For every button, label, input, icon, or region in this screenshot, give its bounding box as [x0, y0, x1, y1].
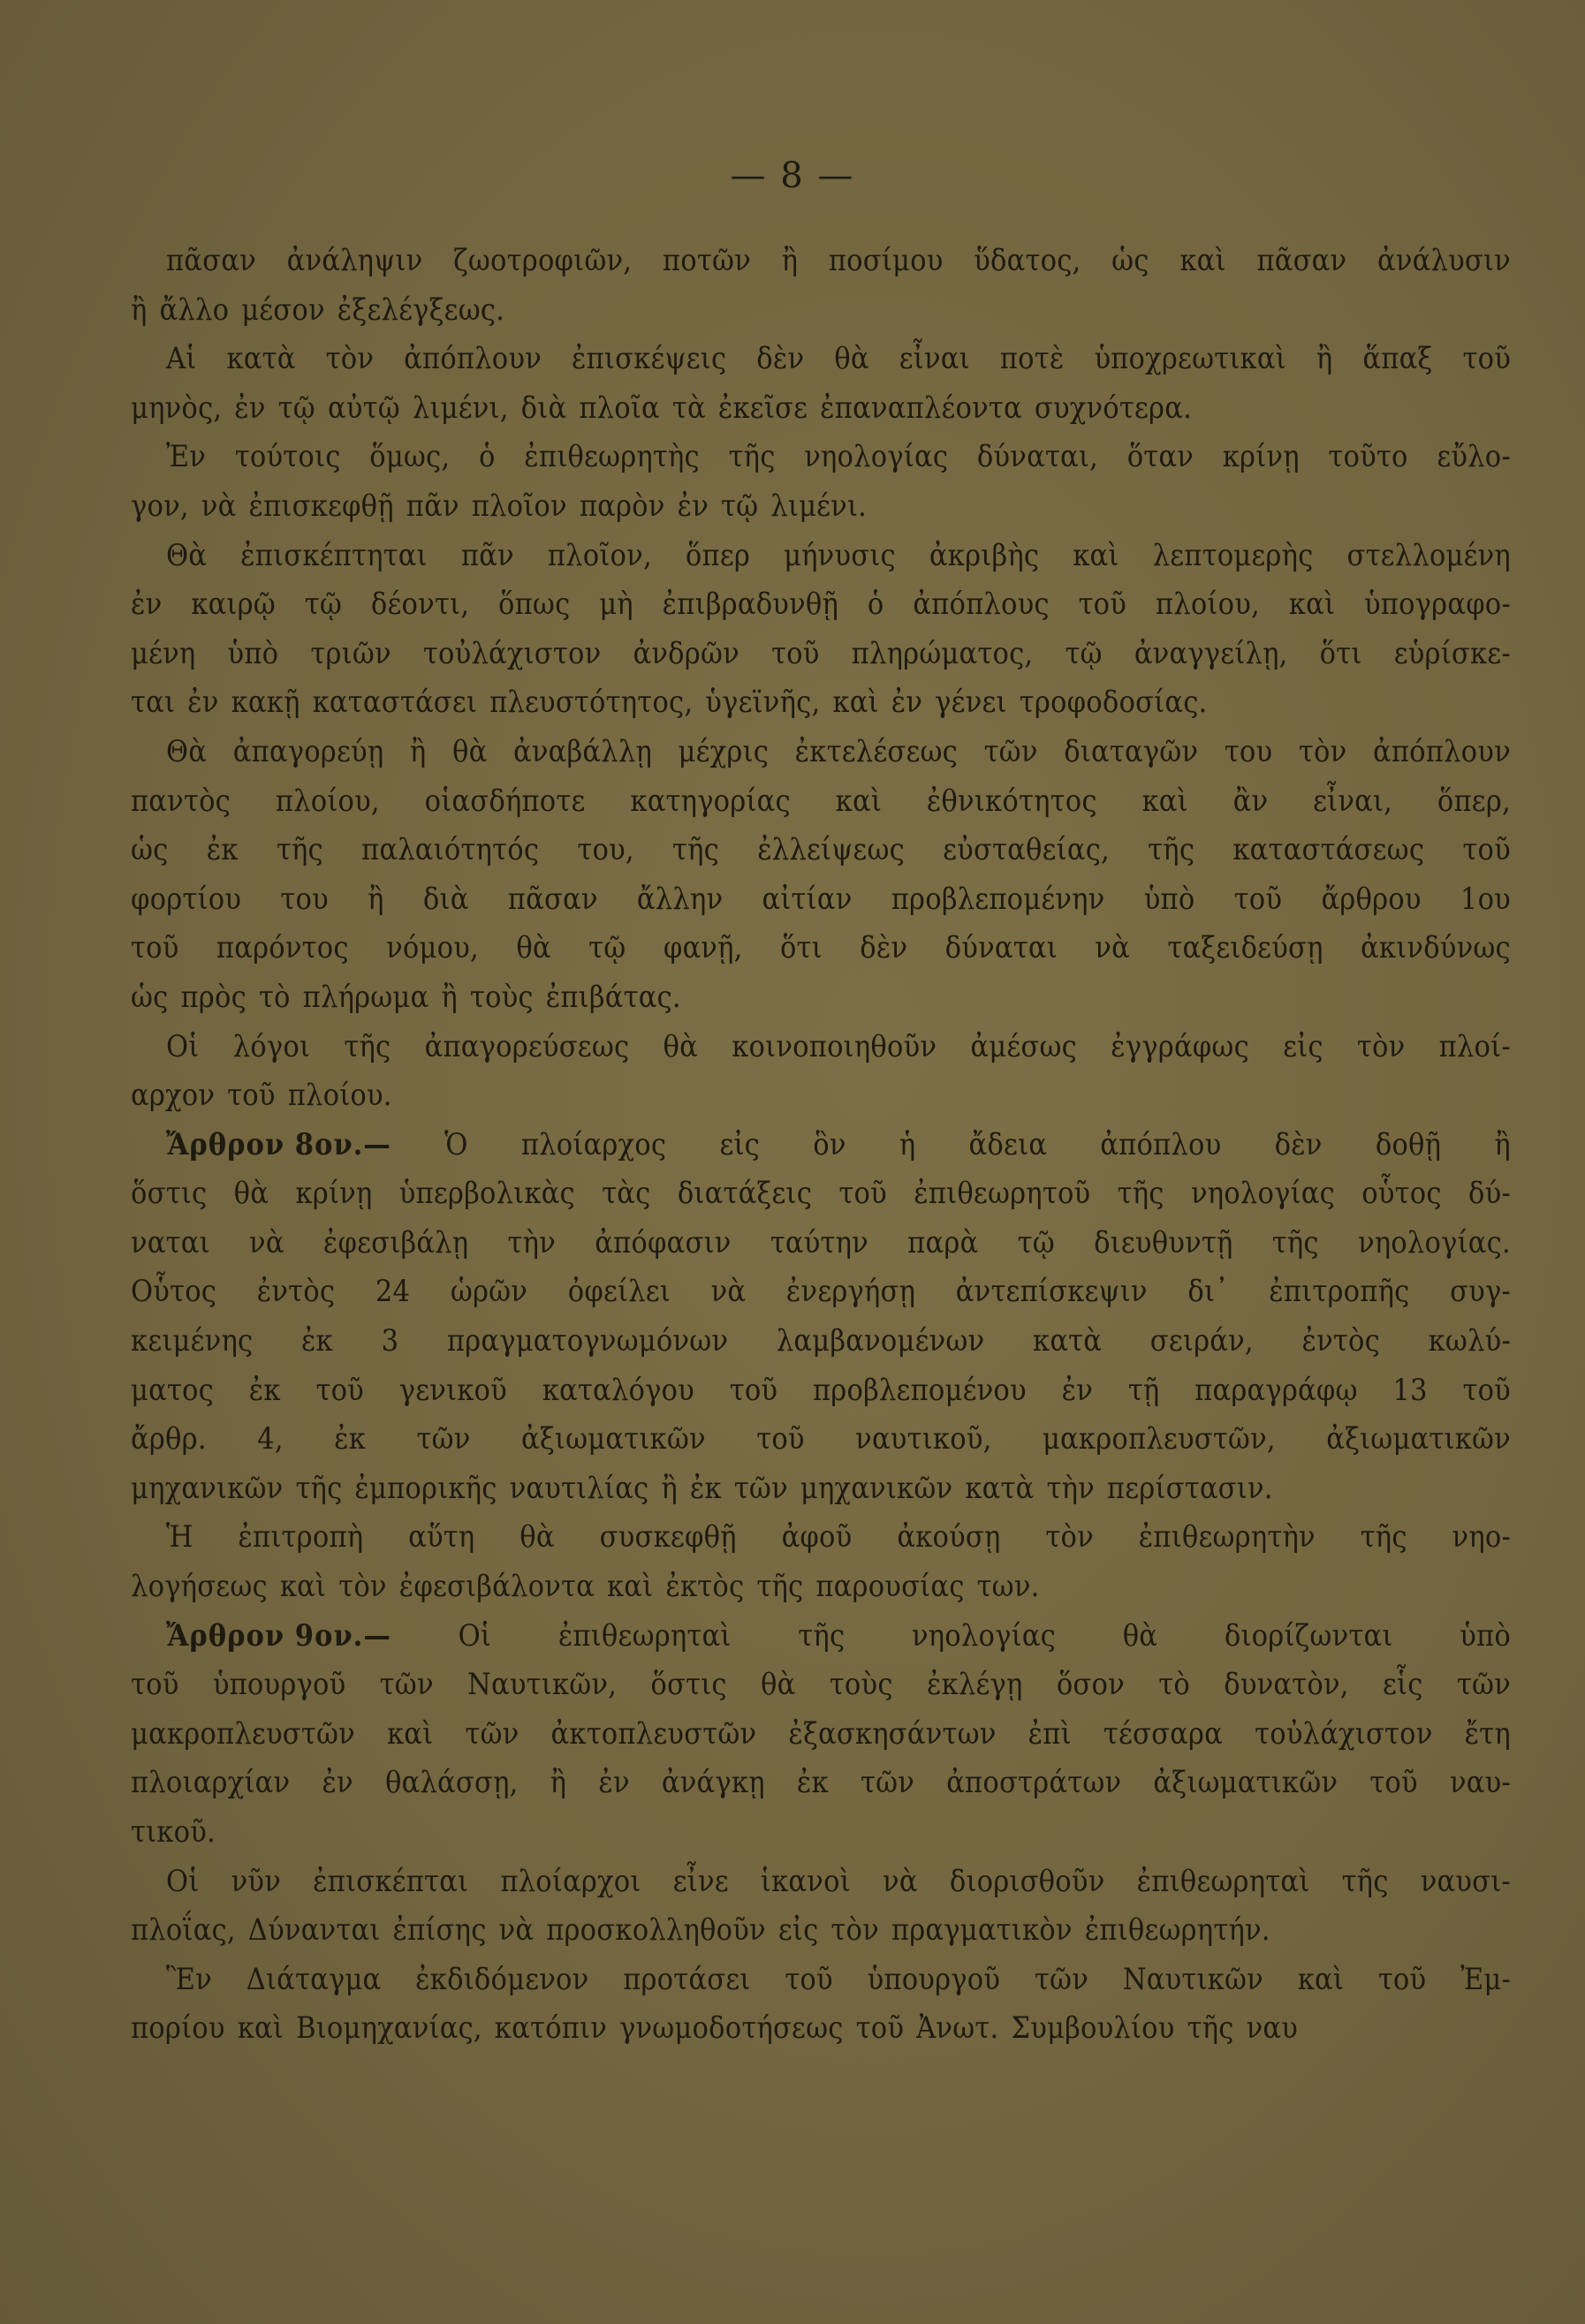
word: νὰ: [1095, 924, 1130, 973]
word: ναυτικοῦ,: [855, 1415, 991, 1465]
word: ἐπὶ: [1028, 1710, 1072, 1760]
word: τῆς: [344, 1023, 391, 1072]
word: τοῦ: [730, 1366, 778, 1416]
word: διευθυντῇ: [1094, 1219, 1232, 1268]
word: προτάσει: [623, 1956, 750, 2005]
page-number: — 8 —: [0, 155, 1585, 196]
word: Οὗτος: [131, 1268, 216, 1317]
word: τῇ: [1128, 1366, 1160, 1416]
word: πλοῖον: [472, 482, 567, 532]
word: διὰ: [423, 875, 469, 925]
word: προσκολληθοῦν: [546, 1906, 766, 1956]
word: ἢ: [661, 1465, 678, 1514]
word: σειράν,: [1150, 1317, 1254, 1366]
word: ἐγγράφως: [1111, 1023, 1249, 1072]
word: πᾶσαν: [1256, 237, 1346, 286]
text-line: Οἱ λόγοι τῆς ἀπαγορεύσεως θὰ κοινοποιηθο…: [131, 1023, 1511, 1072]
paragraph-art8: Ἄρθρον 8ον.—Ὁ πλοίαρχος εἰς ὃν ἡ ἄδεια ἀ…: [131, 1121, 1511, 1514]
article-heading: Ἄρθρον 8ον.—: [166, 1121, 391, 1170]
word: τοῦ: [1462, 335, 1511, 384]
word: ἀξιωματικῶν: [1153, 1759, 1338, 1808]
word: ἐκ: [249, 1366, 281, 1416]
word: τῆς: [729, 433, 776, 482]
word: ἢ: [782, 237, 799, 286]
word: ἐν: [891, 678, 922, 728]
word: ὅταν: [1127, 433, 1194, 482]
text-line: Ἐν τούτοις ὅμως, ὁ ἐπιθεωρητὴς τῆς νηολο…: [131, 433, 1511, 482]
word: ὅπερ,: [1437, 777, 1511, 827]
word: καὶ: [387, 1710, 433, 1760]
word: αἰτίαν: [762, 875, 853, 925]
word: ἢ: [410, 728, 427, 777]
text-line: πλοΐας, Δύνανται ἐπίσης νὰ προσκολληθοῦν…: [131, 1906, 1511, 1956]
word: πᾶσαν: [508, 875, 598, 925]
word: εἷς: [1383, 1661, 1423, 1710]
word: δυνατὸν,: [1224, 1661, 1349, 1710]
word: ὅστις: [650, 1661, 726, 1710]
paragraph-p9c: Ἓν Διάταγμα ἐκδιδόμενον προτάσει τοῦ ὑπο…: [131, 1956, 1511, 2054]
word: του: [1225, 728, 1273, 777]
word: καὶ: [238, 2004, 284, 2054]
word: τῆς: [1148, 826, 1194, 875]
word: μένη: [131, 630, 195, 679]
word: τῶν: [734, 1465, 788, 1514]
word: ἐπιθεωρηταὶ: [558, 1612, 732, 1662]
word: ἐκεῖσε: [718, 384, 808, 434]
word: οὗτος: [1361, 1170, 1441, 1219]
word: νηολογίας.: [1358, 1219, 1511, 1268]
word: ἀφοῦ: [782, 1513, 853, 1563]
word: λαμβανομένων: [777, 1317, 985, 1366]
word: νὰ: [201, 482, 237, 532]
word: τοῦ: [1462, 826, 1511, 875]
word: ἢ: [550, 1759, 567, 1808]
word: ἀπόπλου: [1100, 1121, 1221, 1170]
word: ἐπιτροπὴ: [238, 1513, 363, 1563]
word: δύναται,: [977, 433, 1098, 482]
word: εἰς: [719, 1121, 760, 1170]
text-line: λογήσεως καὶ τὸν ἐφεσιβάλοντα καὶ ἐκτὸς …: [131, 1563, 1511, 1612]
paragraph-p2: Αἱ κατὰ τὸν ἀπόπλουν ἐπισκέψεις δὲν θὰ ε…: [131, 335, 1511, 433]
word: πλοῖα: [579, 384, 660, 434]
text-line: πᾶσαν ἀνάληψιν ζωοτροφιῶν, ποτῶν ἢ ποσίμ…: [131, 237, 1511, 286]
word: νόμου,: [386, 924, 479, 973]
word: συχνότερα.: [1035, 384, 1192, 434]
word: ἡ: [899, 1121, 916, 1170]
word: τῶν: [1457, 1661, 1511, 1710]
word: τῷ: [1065, 630, 1102, 679]
word: ὃν: [813, 1121, 846, 1170]
word: κακῇ: [231, 678, 300, 728]
text-line: Ἄρθρον 9ον.—Οἱ ἐπιθεωρηταὶ τῆς νηολογίας…: [131, 1612, 1511, 1662]
word: ἐπίσης: [392, 1906, 486, 1956]
word: ἐπιθεωρητὴν: [1139, 1513, 1316, 1563]
word: καταλόγου: [542, 1366, 694, 1416]
word: ἐν: [131, 580, 162, 630]
word: νῦν: [231, 1858, 281, 1907]
word: τῆς: [1361, 1513, 1407, 1563]
scanned-page: — 8 — πᾶσαν ἀνάληψιν ζωοτροφιῶν, ποτῶν ἢ…: [0, 0, 1585, 2324]
word: ὕδατος,: [974, 237, 1081, 286]
word: τικοῦ.: [131, 1808, 216, 1858]
text-line: ματος ἐκ τοῦ γενικοῦ καταλόγου τοῦ προβλ…: [131, 1366, 1511, 1416]
word: Ἀνωτ.: [916, 2004, 998, 2054]
word: εἶναι: [899, 335, 970, 384]
word: ναυ-: [1450, 1759, 1511, 1808]
word: ὑπουργοῦ: [213, 1661, 346, 1710]
word: τοῦ: [227, 1071, 276, 1121]
word: μήνυσις: [784, 532, 896, 581]
word: κειμένης: [131, 1317, 253, 1366]
word: τοὐλάχιστον: [1255, 1710, 1433, 1760]
word: τοῦ: [1234, 875, 1283, 925]
word: τοῦ: [1369, 1759, 1418, 1808]
word: πλοιαρχίαν: [131, 1759, 290, 1808]
text-line: φορτίου του ἢ διὰ πᾶσαν ἄλλην αἰτίαν προ…: [131, 875, 1511, 925]
word: των.: [977, 1563, 1040, 1612]
word: ἢ: [1494, 1121, 1511, 1170]
text-line: τικοῦ.τικοῦ.: [131, 1808, 1511, 1858]
word: ὑπὸ: [1144, 875, 1195, 925]
word: ἢ: [131, 286, 148, 336]
word: δὲν: [1275, 1121, 1323, 1170]
word: δύ-: [1468, 1170, 1511, 1219]
word: τὰ: [672, 384, 706, 434]
article-heading: Ἄρθρον 9ον.—: [166, 1612, 391, 1662]
text-line: ἐν καιρῷ τῷ δέοντι, ὅπως μὴ ἐπιβραδυνθῇ …: [131, 580, 1511, 630]
text-line: ναται νὰ ἐφεσιβάλῃ τὴν ἀπόφασιν ταύτην π…: [131, 1219, 1511, 1268]
word: ἐφεσιβάλῃ: [323, 1219, 468, 1268]
word: τῆς: [1342, 1858, 1389, 1907]
text-line: Ἄρθρον 8ον.—Ὁ πλοίαρχος εἰς ὃν ἡ ἄδεια ἀ…: [131, 1121, 1511, 1170]
word: πλοΐας,: [131, 1906, 236, 1956]
word: τοῦ: [856, 2004, 905, 2054]
word: ταύτην: [770, 1219, 868, 1268]
word: πλοίου,: [276, 777, 380, 827]
word: ἐνεργήσῃ: [786, 1268, 915, 1317]
word: ἀκούσῃ: [897, 1513, 1000, 1563]
text-line: μακροπλευστῶν καὶ τῶν ἀκτοπλευστῶν ἐξασκ…: [131, 1710, 1511, 1760]
word: ὅστις: [131, 1170, 207, 1219]
word: ἐν: [598, 1759, 629, 1808]
word: ναυσι-: [1421, 1858, 1511, 1907]
word: εἰς: [1283, 1023, 1323, 1072]
word: καὶ: [607, 1563, 653, 1612]
word: λεπτομερὴς: [1153, 532, 1314, 581]
word: μηχανικῶν: [800, 1465, 952, 1514]
word: ὅτι: [1320, 630, 1362, 679]
text-line: τοῦ ὑπουργοῦ τῶν Ναυτικῶν, ὅστις θὰ τοὺς…: [131, 1661, 1511, 1710]
text-line: αρχον τοῦ πλοίου.αρχοντοῦπλοίου.: [131, 1071, 1511, 1121]
word: πλοῖον,: [548, 532, 652, 581]
word: ὡς: [131, 826, 169, 875]
word: δέοντι,: [371, 580, 469, 630]
word: Θὰ: [166, 728, 207, 777]
word: ὡς: [1111, 237, 1149, 286]
word: λιμένι,: [413, 384, 509, 434]
word: τοῦ: [1378, 1956, 1427, 2005]
word: τοῦ: [1462, 1366, 1511, 1416]
word: τοῦ: [756, 1415, 805, 1465]
word: ναυ: [1247, 2004, 1298, 2054]
word: Ἐμ-: [1460, 1956, 1511, 2005]
word: τῷ: [588, 924, 626, 973]
text-line: γον, νὰ ἐπισκεφθῇ πᾶν πλοῖον παρὸν ἐν τῷ…: [131, 482, 1511, 532]
word: θαλάσσῃ,: [385, 1759, 519, 1808]
word: τὸν: [1357, 1023, 1406, 1072]
word: Οἱ: [166, 1858, 199, 1907]
word: ἐντὸς: [1301, 1317, 1379, 1366]
word: ἐκ: [690, 1465, 722, 1514]
word: 4,: [257, 1415, 284, 1465]
word: τῶν: [984, 728, 1038, 777]
word: εἶνε: [673, 1858, 729, 1907]
word: ὁ: [479, 433, 496, 482]
word: περίστασιν.: [1107, 1465, 1273, 1514]
word: ὑπουργοῦ: [868, 1956, 1001, 2005]
word: πλοίου,: [1156, 580, 1260, 630]
word: στελλομένη: [1346, 532, 1510, 581]
word: καὶ: [280, 1563, 326, 1612]
text-line: ἢ ἄλλο μέσον ἐξελέγξεως.ἢἄλλομέσονἐξελέγ…: [131, 286, 1511, 336]
word: τοὺς: [830, 1661, 893, 1710]
word: ἐπιβραδυνθῇ: [663, 580, 838, 630]
word: προβλεπομένην: [891, 875, 1105, 925]
word: τῆς: [295, 1465, 342, 1514]
word: ἔτη: [1465, 1710, 1511, 1760]
word: ἀπόπλουν: [1373, 728, 1511, 777]
word: οἱασδήποτε: [425, 777, 586, 827]
word: ἐθνικότητος: [927, 777, 1097, 827]
word: ἐπιθεωρητοῦ: [914, 1170, 1090, 1219]
word: ἀμέσως: [970, 1023, 1077, 1072]
word: πλήρωμα: [303, 973, 429, 1023]
paragraph-p4: Θὰ ἐπισκέπτηται πᾶν πλοῖον, ὅπερ μήνυσις…: [131, 532, 1511, 728]
word: ἀναβάλλῃ: [513, 728, 652, 777]
word: ἐν: [187, 678, 218, 728]
word: τῶν: [380, 1661, 434, 1710]
word: ἄλλην: [637, 875, 723, 925]
text-line: πορίου καὶ Βιομηχανίας, κατόπιν γνωμοδοτ…: [131, 2004, 1511, 2054]
word: ἐκτὸς: [665, 1563, 744, 1612]
word: θὰ: [834, 335, 868, 384]
word: κρίνῃ: [1223, 433, 1300, 482]
word: νὰ: [249, 1219, 284, 1268]
word: μηνὸς,: [131, 384, 222, 434]
word: παντὸς: [131, 777, 231, 827]
word: τοῦ: [1079, 580, 1127, 630]
word: ὑποχρεωτικαὶ: [1094, 335, 1285, 384]
word: ὅτι: [780, 924, 823, 973]
word: παρὰ: [907, 1219, 978, 1268]
word: καὶ: [1289, 580, 1335, 630]
word: κατηγορίας: [630, 777, 790, 827]
word: ἐκδιδόμενον: [415, 1956, 588, 2005]
word: πᾶν: [461, 532, 514, 581]
word: τὸν: [1299, 728, 1347, 777]
word: 3: [382, 1317, 399, 1366]
word: πληρώματος,: [852, 630, 1034, 679]
word: ἀπόφασιν: [595, 1219, 731, 1268]
word: νηολογίας: [1191, 1170, 1335, 1219]
word: νὰ: [499, 1906, 535, 1956]
word: εὔλο-: [1437, 433, 1511, 482]
word: ἅπαξ: [1362, 335, 1432, 384]
word: ταξειδεύσῃ: [1167, 924, 1323, 973]
text-line: μηχανικῶν τῆς ἐμπορικῆς ναυτιλίας ἢ ἐκ τ…: [131, 1465, 1511, 1514]
word: ἐξελέγξεως.: [337, 286, 504, 336]
word: ἄδεια: [969, 1121, 1048, 1170]
word: ὑπογραφο-: [1364, 580, 1511, 630]
word: τῆς: [672, 826, 719, 875]
word: καιρῷ: [191, 580, 276, 630]
word: γενικοῦ: [399, 1366, 507, 1416]
text-line: Θὰ ἀπαγορεύῃ ἢ θὰ ἀναβάλλῃ μέχρις ἐκτελέ…: [131, 728, 1511, 777]
word: ἐν: [322, 1759, 353, 1808]
word: νὰ: [883, 1858, 918, 1907]
word: θὰ: [1123, 1612, 1157, 1662]
word: Ἓν: [166, 1956, 212, 2005]
word: ματος: [131, 1366, 214, 1416]
text-line: μηνὸς, ἐν τῷ αὐτῷ λιμένι, διὰ πλοῖα τὰ ἐ…: [131, 384, 1511, 434]
word: ἀκριβὴς: [929, 532, 1039, 581]
word: ὅμως,: [369, 433, 450, 482]
word: τοὐλάχιστον: [423, 630, 602, 679]
word: θὰ: [516, 924, 550, 973]
word: ἀπόπλουν: [404, 335, 542, 384]
word: καὶ: [1073, 532, 1119, 581]
word: δύναται: [945, 924, 1058, 973]
word: ἀνάληψιν: [287, 237, 423, 286]
word: ἢ: [368, 875, 384, 925]
word: τοῦ: [838, 1170, 887, 1219]
word: ἀντεπίσκεψιν: [956, 1268, 1148, 1317]
word: συσκεφθῇ: [600, 1513, 737, 1563]
word: ἱκανοὶ: [761, 1858, 851, 1907]
word: τοῦ: [785, 1956, 833, 2005]
word: δὲν: [860, 924, 907, 973]
word: πᾶσαν: [166, 237, 256, 286]
word: καταστάσει: [313, 678, 478, 728]
word: ἐκ: [207, 826, 239, 875]
word: ὑπερβολικὰς: [399, 1170, 575, 1219]
word: ἐφεσιβάλοντα: [399, 1563, 595, 1612]
word: κοινοποιηθοῦν: [732, 1023, 937, 1072]
word: ται: [131, 678, 175, 728]
word: μέσον: [241, 286, 325, 336]
word: ἀνάγκῃ: [662, 1759, 765, 1808]
word: ἐντὸς: [257, 1268, 335, 1317]
word: Διάταγμα: [246, 1956, 382, 2005]
word: ἄλλο: [160, 286, 230, 336]
paragraph-art9: Ἄρθρον 9ον.—Οἱ ἐπιθεωρηταὶ τῆς νηολογίας…: [131, 1612, 1511, 1858]
word: Ἡ: [166, 1513, 193, 1563]
text-line: κειμένης ἐκ 3 πραγματογνωμόνων λαμβανομέ…: [131, 1317, 1511, 1366]
word: ἢ: [441, 973, 458, 1023]
word: ὑπὸ: [228, 630, 279, 679]
word: τῷ: [305, 580, 342, 630]
word: θὰ: [452, 728, 487, 777]
word: τὸν: [1045, 1513, 1094, 1563]
word: κατὰ: [965, 1465, 1034, 1514]
word: καὶ: [1298, 1956, 1344, 2005]
word: ἐπισκέψεις: [572, 335, 726, 384]
word: εὐσταθείας,: [943, 826, 1110, 875]
word: φορτίου: [131, 875, 241, 925]
word: καὶ: [1179, 237, 1225, 286]
word: ἐκ: [334, 1415, 366, 1465]
word: ἐπισκέπται: [313, 1858, 468, 1907]
word: διαταγῶν: [1064, 728, 1198, 777]
word: ἀναγγείλῃ,: [1134, 630, 1288, 679]
text-line: Αἱ κατὰ τὸν ἀπόπλουν ἐπισκέψεις δὲν θὰ ε…: [131, 335, 1511, 384]
text-line: ται ἐν κακῇ καταστάσει πλευστότητος, ὑγε…: [131, 678, 1511, 728]
word: ἀπαγορεύσεως: [425, 1023, 630, 1072]
word: γον,: [131, 482, 189, 532]
word: ἐξασκησάντων: [788, 1710, 996, 1760]
word: ὁ: [868, 580, 884, 630]
word: μέχρις: [679, 728, 770, 777]
word: ποσίμου: [829, 237, 944, 286]
word: πλοίαρχοι: [500, 1858, 641, 1907]
word: αὕτη: [408, 1513, 474, 1563]
text-line: πλοιαρχίαν ἐν θαλάσσῃ, ἢ ἐν ἀνάγκῃ ἐκ τῶ…: [131, 1759, 1511, 1808]
word: ἂν: [1233, 777, 1269, 827]
word: ἀπόπλους: [913, 580, 1049, 630]
word: τοῦ: [315, 1366, 364, 1416]
word: τριῶν: [310, 630, 391, 679]
word: λογήσεως: [131, 1563, 268, 1612]
paragraph-p1: πᾶσαν ἀνάληψιν ζωοτροφιῶν, ποτῶν ἢ ποσίμ…: [131, 237, 1511, 335]
word: τοῦ: [131, 924, 179, 973]
word: πλευστότητος,: [489, 678, 693, 728]
word: τοῦτο: [1328, 433, 1407, 482]
word: ἢ: [1316, 335, 1333, 384]
text-line: ὅστις θὰ κρίνῃ ὑπερβολικὰς τὰς διατάξεις…: [131, 1170, 1511, 1219]
word: Δύνανται: [248, 1906, 381, 1956]
word: τῆς: [1272, 1219, 1319, 1268]
word: θὰ: [519, 1513, 554, 1563]
word: δι᾽: [1187, 1268, 1228, 1317]
word: αὐτῷ: [328, 384, 400, 434]
word: καὶ: [836, 777, 882, 827]
word: μηχανικῶν: [131, 1465, 283, 1514]
word: φανῇ,: [664, 924, 743, 973]
word: ἀξιωματικῶν: [521, 1415, 706, 1465]
word: ζωοτροφιῶν,: [453, 237, 632, 286]
word: λόγοι: [233, 1023, 310, 1072]
word: τῷ: [278, 384, 315, 434]
word: ὅπερ: [686, 532, 750, 581]
word: κρίνῃ: [295, 1170, 372, 1219]
word: ἐπιθεωρηταὶ: [1137, 1858, 1310, 1907]
word: παλαιότητός: [361, 826, 539, 875]
word: τῷ: [721, 482, 758, 532]
word: τῆς: [1187, 2004, 1234, 2054]
word: Ἐν: [166, 433, 206, 482]
word: ἐκ: [301, 1317, 333, 1366]
word: θὰ: [234, 1170, 269, 1219]
word: κωλύ-: [1429, 1317, 1511, 1366]
word: Συμβουλίου: [1011, 2004, 1174, 2054]
word: ὅπως: [498, 580, 570, 630]
word: διὰ: [521, 384, 567, 434]
word: ἀξιωματικῶν: [1326, 1415, 1511, 1465]
word: γνωμοδοτήσεως: [619, 2004, 844, 2054]
word: ἐμπορικῆς: [354, 1465, 497, 1514]
word: διατάξεις: [678, 1170, 812, 1219]
word: ἄρθρου: [1321, 875, 1421, 925]
